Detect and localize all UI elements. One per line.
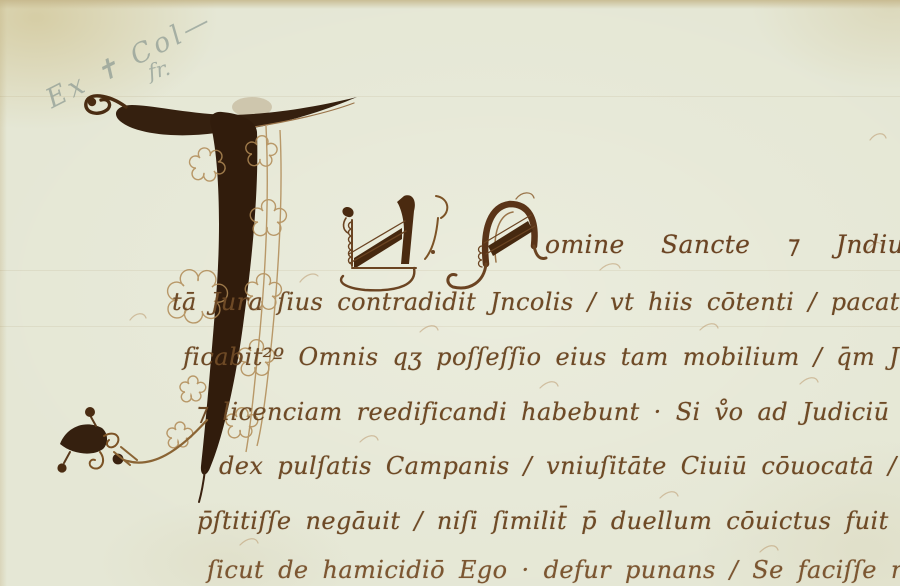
manuscript-line-1: omine Sancte ⁊ Jndiuidue [545, 230, 900, 259]
ruling-line [0, 326, 900, 327]
leaf-ornament [57, 407, 123, 473]
ruling-line [0, 270, 900, 271]
margin-curve [114, 420, 207, 465]
pencil-annotation-text: Ex ✝ Col— [41, 4, 218, 115]
line-text: dex pulſatis Campanis / vniuſitāte Ciuiū… [219, 452, 900, 480]
pencil-annotation-fr: fr. [145, 56, 172, 85]
pencil-annotation-shelfmark: Ex ✝ Col— [41, 4, 218, 115]
manuscript-line-5: dex pulſatis Campanis / vniuſitāte Ciuiū… [219, 452, 900, 480]
line-text: ſicut de hamicidiō Ego · defur punans / … [207, 556, 900, 584]
manuscript-line-6: p̄ſtitiſſe negāuit / niſi ſimilit̄ p̄ du… [197, 507, 900, 535]
manuscript-page: Ex ✝ Col— fr. [0, 0, 900, 586]
line-text: omine Sancte ⁊ Jndiuidue [545, 230, 900, 259]
line-text: tā Jura ſius contradidit Jncolis / vt hi… [172, 288, 900, 316]
line-text: p̄ſtitiſſe negāuit / niſi ſimilit̄ p̄ du… [197, 507, 900, 535]
ink-stain [232, 97, 272, 117]
manuscript-line-3: ficabit²º Omnis qʒ poſſeſſio eius tam mo… [183, 343, 900, 371]
manuscript-line-2: tā Jura ſius contradidit Jncolis / vt hi… [172, 288, 900, 316]
line-text: ⁊ licenciam reedificandi habebunt · Si v… [196, 398, 900, 426]
decorated-capital-1 [341, 195, 447, 290]
manuscript-line-7: ſicut de hamicidiō Ego · defur punans / … [207, 556, 900, 584]
ruling-line [0, 96, 900, 97]
pencil-annotation-text: fr. [145, 56, 172, 85]
decorated-capital-2 [448, 193, 546, 288]
manuscript-line-4: ⁊ licenciam reedificandi habebunt · Si v… [196, 398, 900, 426]
line-text: ficabit²º Omnis qʒ poſſeſſio eius tam mo… [183, 343, 900, 371]
